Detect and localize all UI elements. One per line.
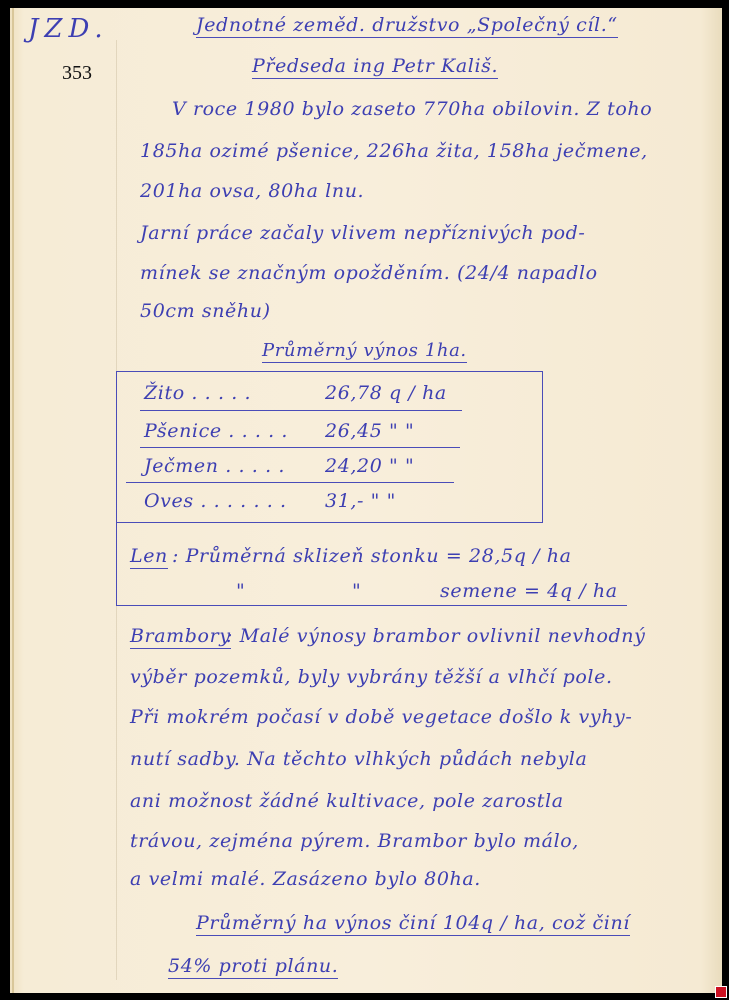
summary-line: 54% proti plánu.: [168, 955, 338, 979]
ditto-mark: ": [352, 580, 361, 602]
flax-stalk-yield: : Průměrná sklizeň stonku = 28,5q / ha: [172, 545, 572, 567]
viewer-corner-icon[interactable]: [715, 986, 727, 998]
yield-row-value: 26,78 q / ha: [325, 382, 447, 404]
summary-line: Průměrný ha výnos činí 104q / ha, což či…: [196, 912, 630, 936]
paragraph-line: ani možnost žádné kultivace, pole zarost…: [130, 790, 564, 812]
yield-row-crop: Žito . . . . .: [144, 382, 251, 404]
yield-row-crop: Oves . . . . . . .: [144, 490, 287, 512]
flax-label: Len: [130, 545, 168, 569]
paragraph-line: : Malé výnosy brambor ovlivnil nevhodný: [226, 625, 645, 647]
row-underline: [140, 447, 460, 448]
paragraph-line: 185ha ozimé pšenice, 226ha žita, 158ha j…: [140, 140, 648, 162]
paragraph-line: Při mokrém počasí v době vegetace došlo …: [130, 706, 632, 728]
yield-row-value: 31,- " ": [325, 490, 396, 512]
page-binding-edge: [12, 8, 14, 993]
paragraph-line: výběr pozemků, byly vybrány těžší a vlhč…: [130, 666, 613, 688]
yield-row-crop: Ječmen . . . . .: [144, 455, 285, 477]
paragraph-line: trávou, zejména pýrem. Brambor bylo málo…: [130, 830, 579, 852]
row-underline: [140, 410, 462, 411]
yield-table-title: Průměrný výnos 1ha.: [262, 340, 467, 363]
paragraph-line: nutí sadby. Na těchto vlhkých půdách neb…: [130, 748, 587, 770]
header-chairman: Předseda ing Petr Kališ.: [252, 55, 498, 79]
flax-seed-yield: semene = 4q / ha: [440, 580, 618, 602]
paragraph-line: a velmi malé. Zasázeno bylo 80ha.: [130, 868, 481, 890]
paragraph-line: Jarní práce začaly vlivem nepříznivých p…: [140, 222, 585, 244]
paragraph-line: mínek se značným opožděním. (24/4 napadl…: [140, 262, 598, 284]
paragraph-line: 50cm sněhu): [140, 300, 271, 322]
margin-label: JZD.: [28, 14, 109, 44]
page-number-stamp: 353: [62, 62, 92, 85]
yield-row-value: 26,45 " ": [325, 420, 414, 442]
yield-row-value: 24,20 " ": [325, 455, 414, 477]
paragraph-line: V roce 1980 bylo zaseto 770ha obilovin. …: [172, 98, 652, 120]
header-cooperative-name: Jednotné zeměd. družstvo „Společný cíl.“: [196, 14, 618, 38]
ditto-mark: ": [236, 580, 245, 602]
paragraph-line: 201ha ovsa, 80ha lnu.: [140, 180, 364, 202]
potatoes-label: Brambory: [130, 625, 231, 649]
yield-row-crop: Pšenice . . . . .: [144, 420, 288, 442]
row-underline: [126, 482, 454, 483]
